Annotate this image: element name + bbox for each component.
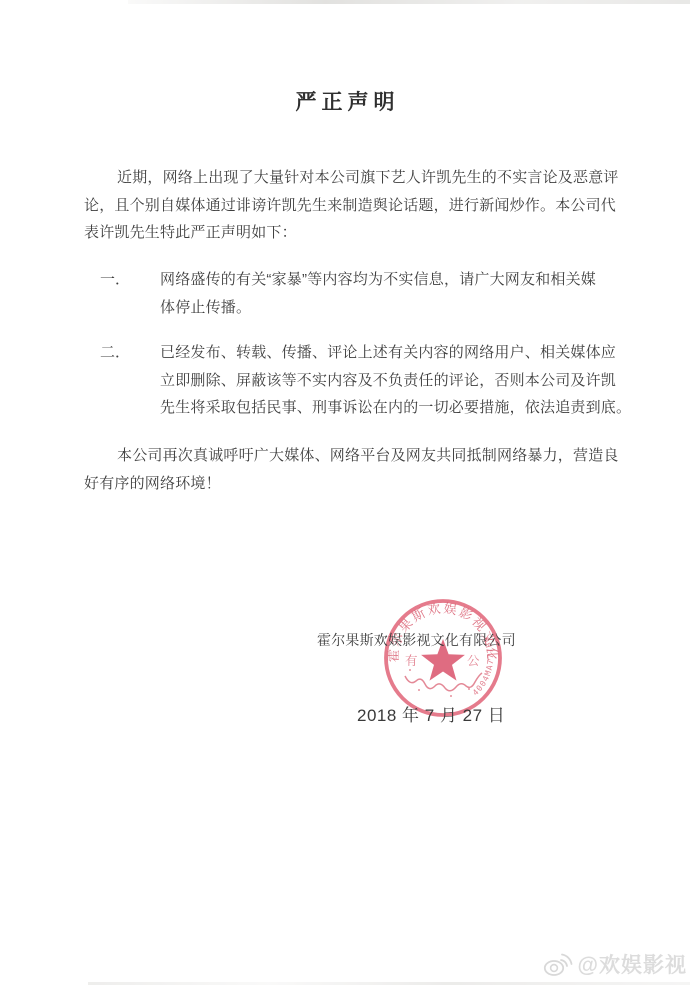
paragraph-line: 先生将采取包括民事、刑事诉讼在内的一切必要措施，依法追责到底。 <box>160 394 631 422</box>
list-marker: 一． <box>100 266 160 294</box>
seal-mid-left-char: 有 <box>405 653 418 668</box>
weibo-icon <box>543 951 573 977</box>
statement-item-1: 一． 网络盛传的有关“家暴”等内容均为不实信息，请广大网友和相关媒 体停止传播。 <box>100 266 596 321</box>
paragraph-line: 体停止传播。 <box>160 294 596 322</box>
closing-paragraph: 本公司再次真诚呼吁广大媒体、网络平台及网友共同抵制网络暴力，营造良 好有序的网络… <box>84 442 619 497</box>
seal-mid-right-char: 公 <box>467 653 480 668</box>
seal-script-squiggle <box>405 669 482 697</box>
paragraph-line: 表许凯先生特此严正声明如下： <box>84 219 619 247</box>
intro-paragraph: 近期，网络上出现了大量针对本公司旗下艺人许凯先生的不实言论及恶意评 论，且个别自… <box>84 164 619 247</box>
paragraph-line: 好有序的网络环境！ <box>84 470 619 498</box>
company-signature: 霍尔果斯欢娱影视文化有限公司 <box>317 630 516 650</box>
document-title: 严正声明 <box>0 86 690 116</box>
list-item-text: 已经发布、转载、传播、评论上述有关内容的网络用户、相关媒体应 立即删除、屏蔽该等… <box>160 339 631 422</box>
paragraph-line: 本公司再次真诚呼吁广大媒体、网络平台及网友共同抵制网络暴力，营造良 <box>84 442 619 470</box>
paragraph-line: 立即删除、屏蔽该等不实内容及不负责任的评论，否则本公司及许凯 <box>160 367 631 395</box>
weibo-watermark: @欢娱影视 <box>543 949 687 979</box>
paragraph-line: 论，且个别自媒体通过诽谤许凯先生来制造舆论话题，进行新闻炒作。本公司代 <box>84 192 619 220</box>
watermark-handle: @欢娱影视 <box>578 949 687 979</box>
scanned-statement-document: 严正声明 近期，网络上出现了大量针对本公司旗下艺人许凯先生的不实言论及恶意评 论… <box>0 0 690 985</box>
document-date: 2018 年 7 月 27 日 <box>357 701 505 726</box>
paragraph-line: 网络盛传的有关“家暴”等内容均为不实信息，请广大网友和相关媒 <box>160 266 596 294</box>
paragraph-line: 已经发布、转载、传播、评论上述有关内容的网络用户、相关媒体应 <box>160 339 631 367</box>
statement-item-2: 二． 已经发布、转载、传播、评论上述有关内容的网络用户、相关媒体应 立即删除、屏… <box>100 339 631 422</box>
list-marker: 二． <box>100 339 160 367</box>
list-item-text: 网络盛传的有关“家暴”等内容均为不实信息，请广大网友和相关媒 体停止传播。 <box>160 266 596 321</box>
paragraph-line: 近期，网络上出现了大量针对本公司旗下艺人许凯先生的不实言论及恶意评 <box>84 164 619 192</box>
scan-artifact-top <box>128 0 690 4</box>
